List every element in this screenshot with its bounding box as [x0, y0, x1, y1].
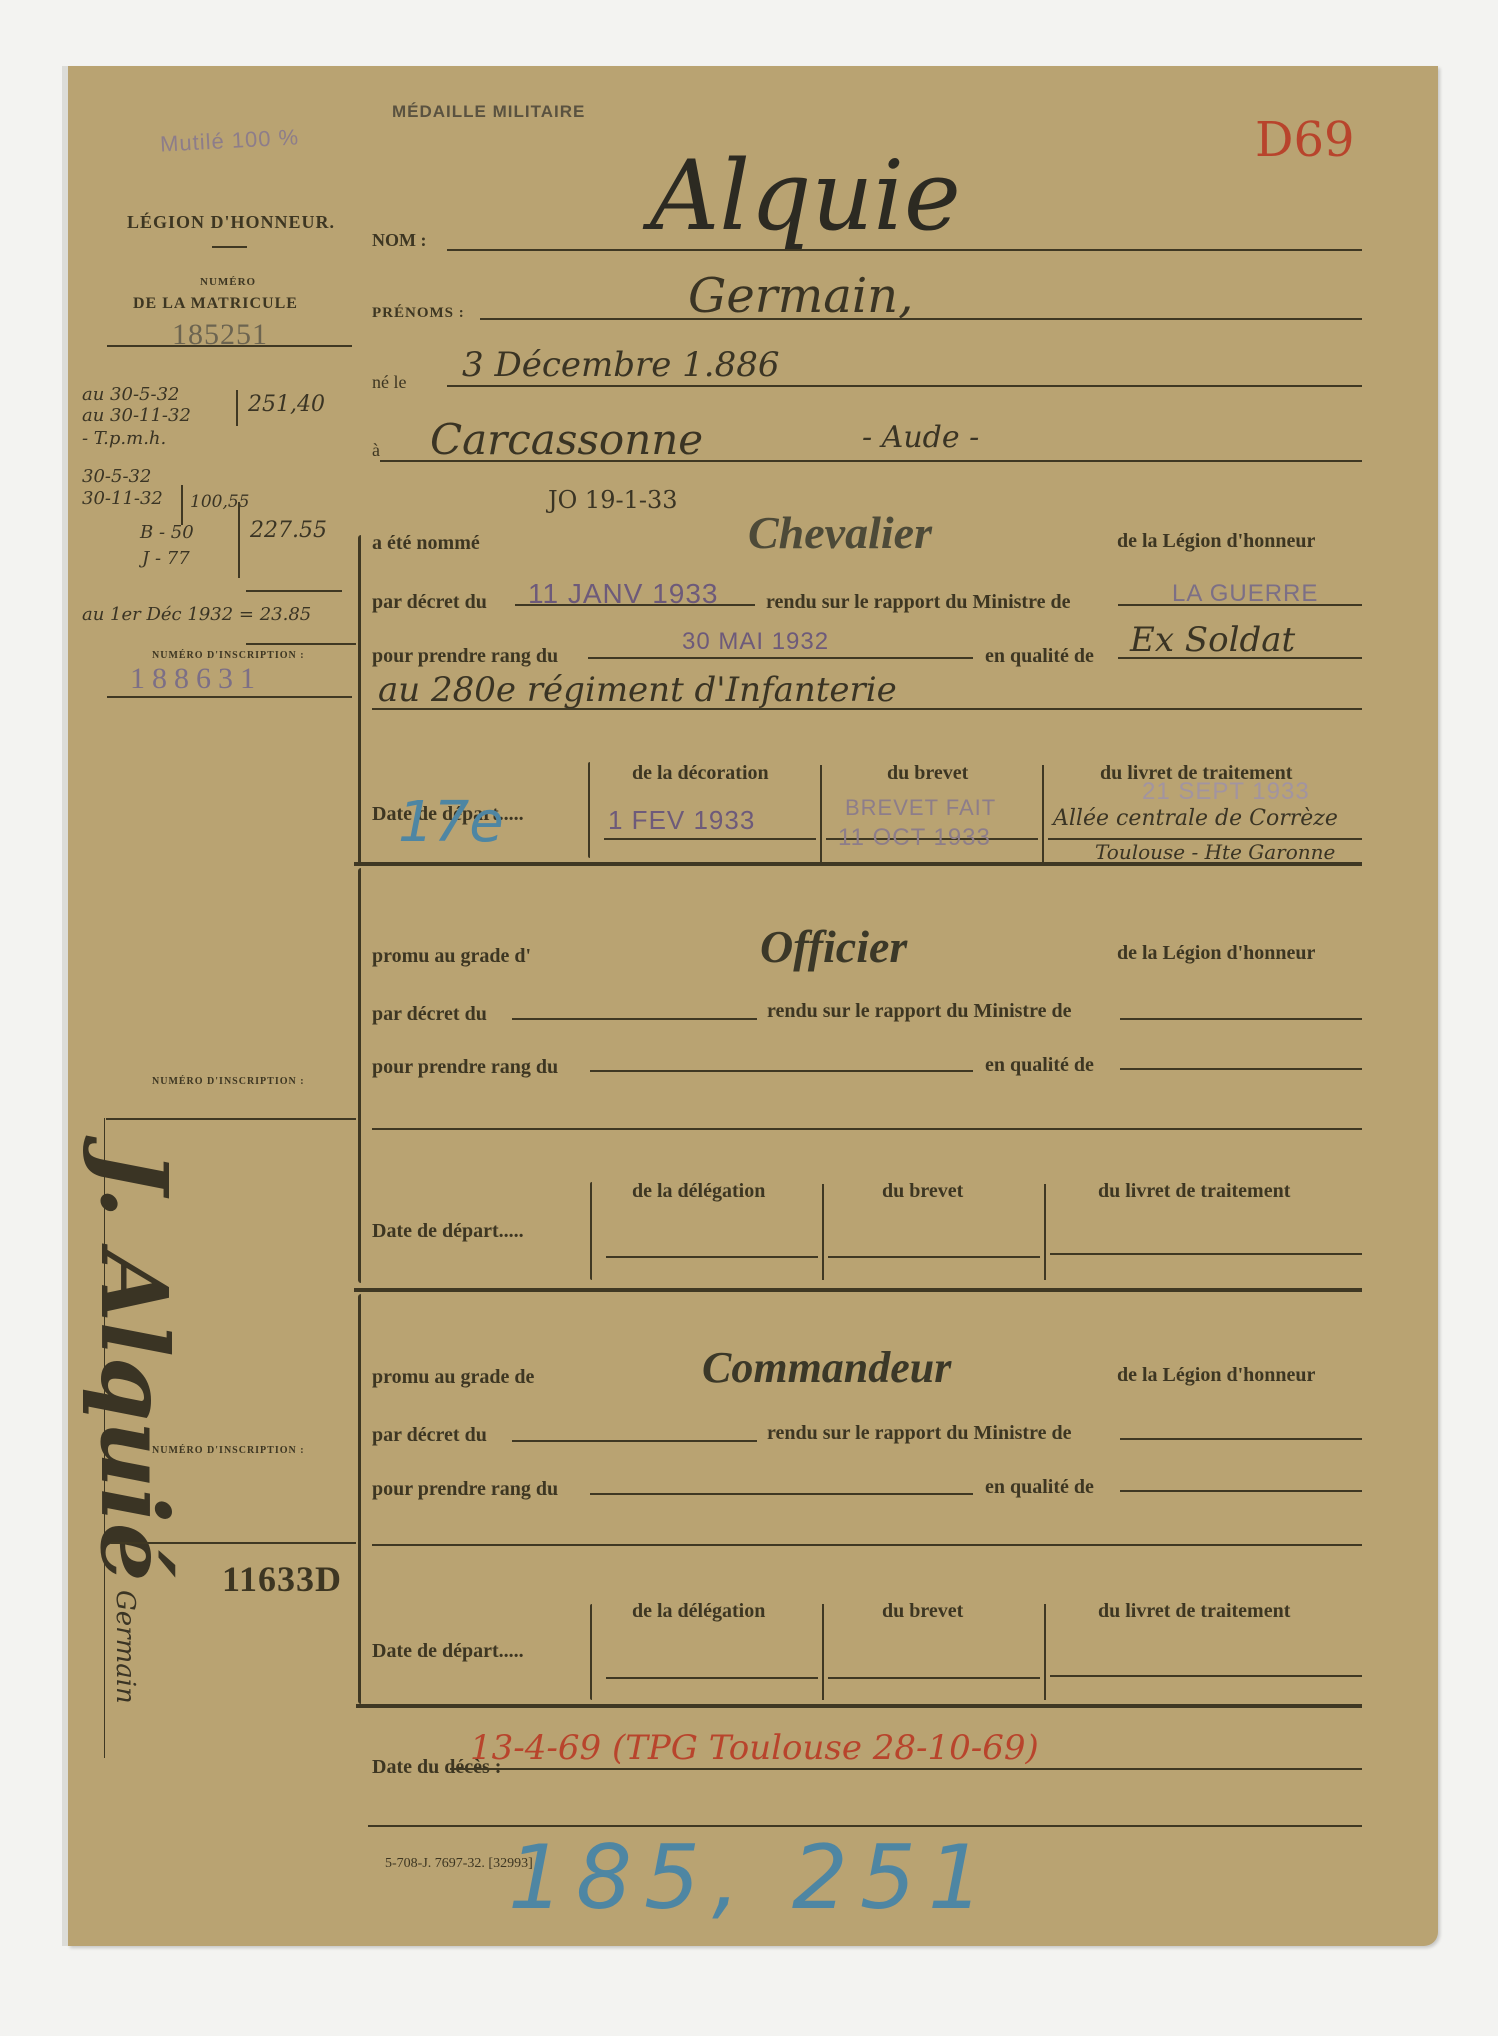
commandeur-promu-label: promu au grade de	[372, 1366, 534, 1389]
chevalier-grade: Chevalier	[748, 506, 932, 559]
chevalier-decret-value: 11 JANV 1933	[528, 578, 719, 610]
chevalier-decoration-line	[604, 838, 816, 840]
note-line-3: - T.p.m.h.	[82, 428, 166, 449]
a-value: Carcassonne	[430, 415, 703, 464]
commandeur-col-divider-2	[1044, 1604, 1046, 1700]
ne-le-label: né le	[372, 372, 406, 393]
commandeur-decret-label: par décret du	[372, 1424, 487, 1447]
commandeur-extra-line	[372, 1544, 1362, 1546]
chevalier-livret-value-1: Allée centrale de Corrèze	[1053, 806, 1338, 831]
officier-legion-label: de la Légion d'honneur	[1117, 942, 1315, 965]
ne-le-line	[447, 385, 1362, 387]
commandeur-grade: Commandeur	[702, 1342, 951, 1393]
chevalier-livret-value-2: Toulouse - Hte Garonne	[1095, 840, 1335, 864]
commandeur-qualite-label: en qualité de	[985, 1476, 1094, 1499]
deces-value: 13-4-69 (TPG Toulouse 28-10-69)	[470, 1728, 1039, 1768]
nom-value: Alquie	[650, 140, 961, 252]
numero-inscription-value-1: 188631	[130, 662, 262, 696]
chevalier-depart-brace	[588, 762, 590, 858]
chevalier-rang-label: pour prendre rang du	[372, 645, 558, 668]
officier-grade: Officier	[760, 920, 907, 973]
note-amount-1: 251,40	[248, 392, 325, 417]
chevalier-col-divider-2	[1042, 765, 1044, 863]
note-rule	[246, 590, 342, 592]
commandeur-brace	[358, 1294, 361, 1704]
officier-decret-line	[512, 1018, 757, 1020]
numero-label: NUMÉRO	[200, 276, 256, 288]
chevalier-brace	[358, 535, 361, 865]
medaille-militaire-label: MÉDAILLE MILITAIRE	[392, 102, 585, 122]
note-dec-line: au 1er Déc 1932 = 23.85	[82, 604, 311, 625]
officier-col-brevet: du brevet	[882, 1180, 963, 1203]
note-date-2: 30-11-32	[82, 488, 163, 509]
commandeur-qualite-line	[1120, 1490, 1362, 1492]
officier-depart-brace	[590, 1182, 592, 1280]
commandeur-legion-label: de la Légion d'honneur	[1117, 1364, 1315, 1387]
inscription-rule-2	[106, 1118, 356, 1120]
inscription-rule-1	[107, 696, 352, 698]
officier-section-rule	[354, 1288, 1362, 1292]
note-brace	[238, 502, 240, 578]
chevalier-decret-label: par décret du	[372, 591, 487, 614]
numero-inscription-label-1: NUMÉRO D'INSCRIPTION :	[152, 650, 305, 661]
big-matricule-number: 185, 251	[508, 1826, 996, 1929]
note-divider-2	[181, 485, 183, 525]
officier-rapport-label: rendu sur le rapport du Ministre de	[767, 1000, 1071, 1023]
chevalier-qualite-label: en qualité de	[985, 645, 1094, 668]
chevalier-col-brevet: du brevet	[887, 762, 968, 785]
commandeur-col-delegation: de la délégation	[632, 1600, 765, 1623]
commandeur-depart-brace	[590, 1604, 592, 1700]
officier-brevet-line	[828, 1256, 1040, 1258]
chevalier-decoration-value: 1 FEV 1933	[608, 805, 755, 836]
commandeur-depart-label: Date de départ.....	[372, 1640, 524, 1663]
note-j-line: J - 77	[142, 548, 190, 569]
numero-inscription-value-3: 11633D	[222, 1558, 342, 1600]
note-line-1: au 30-5-32	[82, 384, 179, 406]
chevalier-col-decoration: de la décoration	[632, 762, 769, 785]
matricule-label: DE LA MATRICULE	[133, 295, 298, 313]
officier-col-divider-1	[822, 1184, 824, 1280]
officier-col-livret: du livret de traitement	[1098, 1180, 1290, 1203]
chevalier-livret-stamp: 21 SEPT 1933	[1142, 778, 1310, 806]
officier-livret-line	[1050, 1253, 1362, 1255]
officier-col-divider-2	[1044, 1184, 1046, 1280]
jo-note: JO 19-1-33	[548, 486, 678, 514]
officier-qualite-line	[1120, 1068, 1362, 1070]
commandeur-rang-label: pour prendre rang du	[372, 1478, 558, 1501]
prenoms-line	[480, 318, 1362, 320]
commandeur-ministre-line	[1120, 1438, 1362, 1440]
commandeur-col-divider-1	[822, 1604, 824, 1700]
officier-extra-line	[372, 1128, 1362, 1130]
chevalier-rang-value: 30 MAI 1932	[682, 628, 829, 656]
ne-le-value: 3 Décembre 1.886	[462, 345, 780, 385]
commandeur-rang-line	[590, 1493, 973, 1495]
note-amount-3: 227.55	[250, 518, 327, 543]
chevalier-qualite-value: Ex Soldat	[1130, 620, 1295, 660]
a-label: à	[372, 440, 380, 461]
numero-inscription-label-3: NUMÉRO D'INSCRIPTION :	[152, 1445, 305, 1456]
title-rule	[212, 246, 247, 248]
officier-qualite-label: en qualité de	[985, 1054, 1094, 1077]
note-rule-2	[246, 643, 356, 645]
commandeur-rapport-label: rendu sur le rapport du Ministre de	[767, 1422, 1071, 1445]
chevalier-section-rule	[354, 862, 1362, 866]
note-b-line: B - 50	[140, 522, 194, 543]
commandeur-brevet-line	[828, 1677, 1040, 1679]
vertical-firstname: Germain	[110, 1590, 140, 1704]
commandeur-col-brevet: du brevet	[882, 1600, 963, 1623]
officier-depart-label: Date de départ.....	[372, 1220, 524, 1243]
prenoms-value: Germain,	[688, 268, 913, 324]
commandeur-livret-line	[1050, 1675, 1362, 1677]
inscription-rule-3	[111, 1542, 356, 1544]
commandeur-decret-line	[512, 1440, 757, 1442]
nom-label: NOM :	[372, 230, 426, 251]
note-amount-2: 100,55	[190, 492, 249, 512]
officier-brace	[358, 868, 361, 1283]
commandeur-col-livret: du livret de traitement	[1098, 1600, 1290, 1623]
chevalier-col-divider-1	[820, 765, 822, 863]
chevalier-nomme-label: a été nommé	[372, 532, 480, 555]
chevalier-legion-label: de la Légion d'honneur	[1117, 530, 1315, 553]
vertical-surname: J. Alquié	[80, 1150, 188, 1581]
a-dept: - Aude -	[862, 420, 979, 455]
officier-rang-label: pour prendre rang du	[372, 1056, 558, 1079]
chevalier-brevet-stamp: BREVET FAIT	[845, 795, 996, 821]
officier-promu-label: promu au grade d'	[372, 945, 531, 968]
chevalier-rapport-label: rendu sur le rapport du Ministre de	[766, 591, 1070, 614]
officier-delegation-line	[606, 1256, 818, 1258]
matricule-rule	[107, 345, 352, 347]
note-line-2: au 30-11-32	[82, 405, 191, 426]
note-date-1: 30-5-32	[82, 466, 151, 487]
note-divider	[236, 390, 238, 426]
officier-decret-label: par décret du	[372, 1003, 487, 1026]
chevalier-regiment-value: au 280e régiment d'Infanterie	[378, 670, 897, 710]
officier-col-delegation: de la délégation	[632, 1180, 765, 1203]
officier-rang-line	[590, 1070, 973, 1072]
dossier-code: D69	[1255, 112, 1355, 168]
numero-inscription-label-2: NUMÉRO D'INSCRIPTION :	[152, 1076, 305, 1087]
chevalier-ministre-value: LA GUERRE	[1172, 580, 1318, 608]
prenoms-label: PRÉNOMS :	[372, 305, 465, 322]
commandeur-delegation-line	[606, 1677, 818, 1679]
legion-title: LÉGION D'HONNEUR.	[127, 212, 335, 233]
chevalier-brevet-value: 11 OCT 1933	[838, 824, 991, 852]
chevalier-depart-note: 17e	[398, 790, 504, 855]
deces-line	[450, 1768, 1362, 1770]
chevalier-rang-line	[588, 657, 973, 659]
officier-ministre-line	[1120, 1018, 1362, 1020]
commandeur-section-rule	[356, 1704, 1362, 1708]
